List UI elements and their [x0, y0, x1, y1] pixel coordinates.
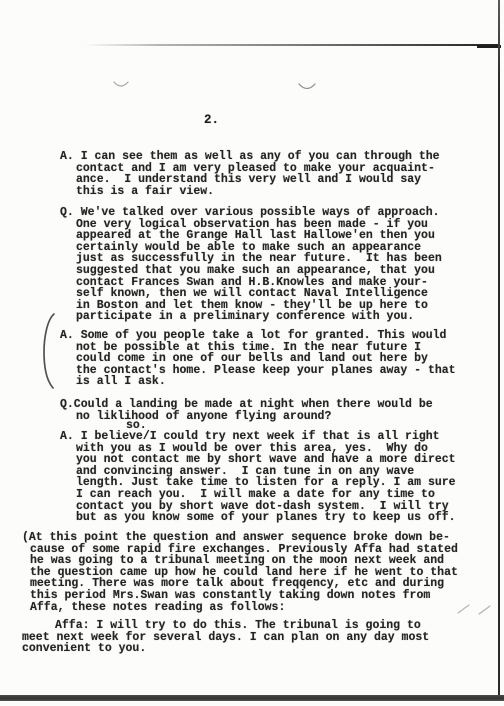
scan-top-edge-line — [84, 44, 499, 46]
pencil-smile-mark-2 — [299, 84, 315, 89]
paragraph-answer-3: A. I believe/I could try next week if th… — [0, 431, 504, 524]
page-number: 2. — [204, 113, 219, 127]
paragraph-affa-note: Affa: I will try to do this. The tribuna… — [0, 620, 500, 655]
paragraph-narrator-note: (At this point the question and answer s… — [0, 532, 504, 613]
pencil-smile-mark-1 — [114, 82, 128, 86]
paragraph-question-2: Q.Could a landing be made at night when … — [0, 399, 504, 422]
scan-bottom-edge-bar — [0, 695, 504, 701]
paragraph-question-1: Q. We've talked over various possible wa… — [0, 207, 504, 323]
paragraph-answer-2: A. Some of you people take a lot for gra… — [0, 330, 504, 388]
scanned-document-page: 2. A. I can see them as well as any of y… — [0, 0, 504, 706]
paragraph-answer-1: A. I can see them as well as any of you … — [0, 151, 504, 197]
